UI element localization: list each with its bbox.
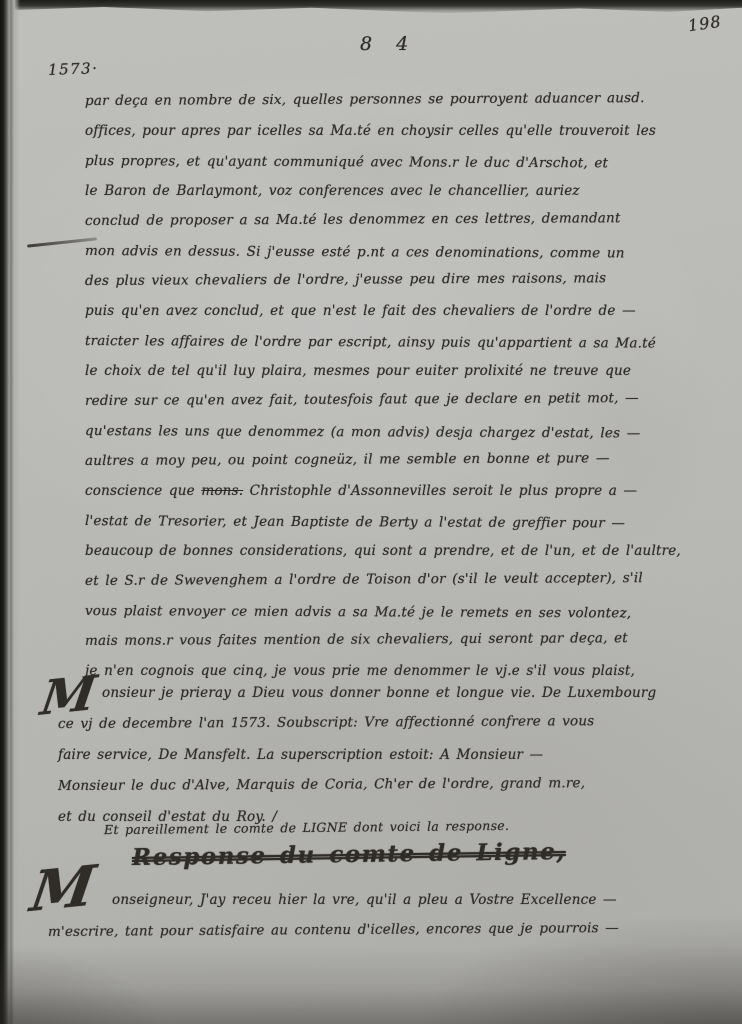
manuscript-line: offices, pour apres par icelles sa Ma.té… xyxy=(85,116,685,146)
page-number: 8 4 xyxy=(360,33,417,55)
folio-number: 198 xyxy=(687,12,723,35)
line-prefix: conscience que xyxy=(85,483,201,499)
manuscript-line: aultres a moy peu, ou point cogneüz, il … xyxy=(85,443,685,476)
manuscript-line: ce vj de decembre l'an 1573. Soubscript:… xyxy=(58,706,678,740)
manuscript-scan-page: 198 8 4 1573· par deça en nombre de six,… xyxy=(0,0,742,1024)
manuscript-line: par deça en nombre de six, quelles perso… xyxy=(85,83,685,116)
letter-body: par deça en nombre de six, quelles perso… xyxy=(85,86,685,686)
manuscript-line: puis qu'en avez conclud, et que n'est le… xyxy=(85,296,685,326)
manuscript-line: le Baron de Barlaymont, voz conferences … xyxy=(85,176,685,206)
manuscript-line: faire service, De Mansfelt. La superscri… xyxy=(58,740,678,771)
manuscript-line: Monsieur le duc d'Alve, Marquis de Coria… xyxy=(58,768,678,802)
manuscript-line: plus propres, et qu'ayant communiqué ave… xyxy=(85,146,685,179)
manuscript-line: conclud de proposer a sa Ma.té les denom… xyxy=(85,203,685,236)
margin-year-note: 1573· xyxy=(48,59,99,79)
manuscript-line: onsieur je prieray a Dieu vous donner bo… xyxy=(58,678,678,709)
manuscript-line: mais mons.r vous faites mention de six c… xyxy=(85,623,685,656)
manuscript-line: beaucoup de bonnes considerations, qui s… xyxy=(85,536,685,566)
manuscript-line: et le S.r de Swevenghem a l'ordre de Toi… xyxy=(85,563,685,596)
manuscript-line: le choix de tel qu'il luy plaira, mesmes… xyxy=(85,356,685,386)
crossed-out-word: mons. xyxy=(201,483,243,499)
manuscript-line: l'estat de Tresorier, et Jean Baptiste d… xyxy=(85,506,685,539)
bottom-edge-shadow xyxy=(0,944,742,1024)
manuscript-line: redire sur ce qu'en avez fait, toutesfoi… xyxy=(85,383,685,416)
scan-top-edge xyxy=(0,0,742,14)
manuscript-line-with-correction: conscience que mons. Christophle d'Asson… xyxy=(85,476,685,506)
manuscript-line: des plus vieux chevaliers de l'ordre, j'… xyxy=(85,263,685,296)
manuscript-line: traicter les affaires de l'ordre par esc… xyxy=(85,326,685,359)
line-suffix: Christophle d'Assonnevilles seroit le pl… xyxy=(243,483,637,499)
